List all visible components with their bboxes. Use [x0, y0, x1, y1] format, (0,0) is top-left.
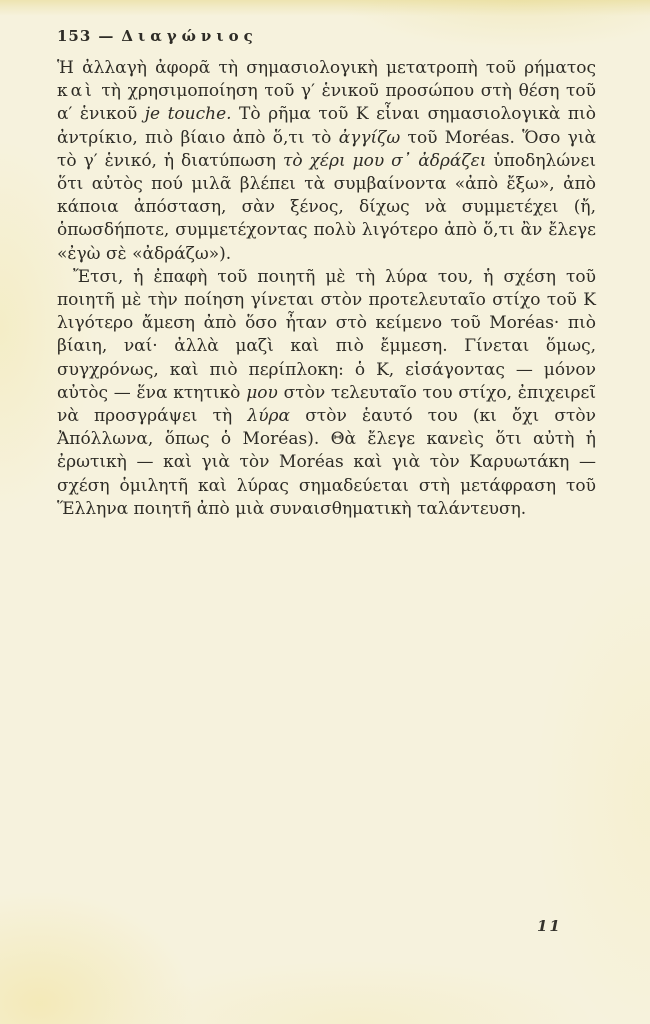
text-run: τὸ χέρι μου σ᾽ ἀδράζει	[283, 151, 486, 171]
text-run: ἀγγίζω	[339, 128, 401, 148]
text-run: je touche.	[145, 104, 232, 124]
section-title: Διαγώνιος	[121, 27, 257, 45]
text-run: λύρα	[247, 406, 290, 426]
text-run: καὶ	[57, 81, 95, 101]
body-text: Ἡ ἀλλαγὴ ἀφορᾶ τὴ σημασιολογικὴ μετατροπ…	[57, 57, 596, 521]
header-dash: —	[98, 27, 114, 45]
paragraph: Ἔτσι, ἡ ἐπαφὴ τοῦ ποιητῆ μὲ τὴ λύρα του,…	[57, 266, 596, 521]
scanned-book-page: 153—Διαγώνιος Ἡ ἀλλαγὴ ἀφορᾶ τὴ σημασιολ…	[0, 0, 650, 1024]
text-run: Ἡ ἀλλαγὴ ἀφορᾶ τὴ σημασιολογικὴ μετατροπ…	[57, 58, 596, 78]
page-number: 11	[537, 917, 562, 935]
text-run: μου	[246, 383, 278, 403]
issue-number: 153	[57, 27, 91, 45]
paragraph: Ἡ ἀλλαγὴ ἀφορᾶ τὴ σημασιολογικὴ μετατροπ…	[57, 57, 596, 266]
running-head: 153—Διαγώνιος	[57, 27, 258, 45]
